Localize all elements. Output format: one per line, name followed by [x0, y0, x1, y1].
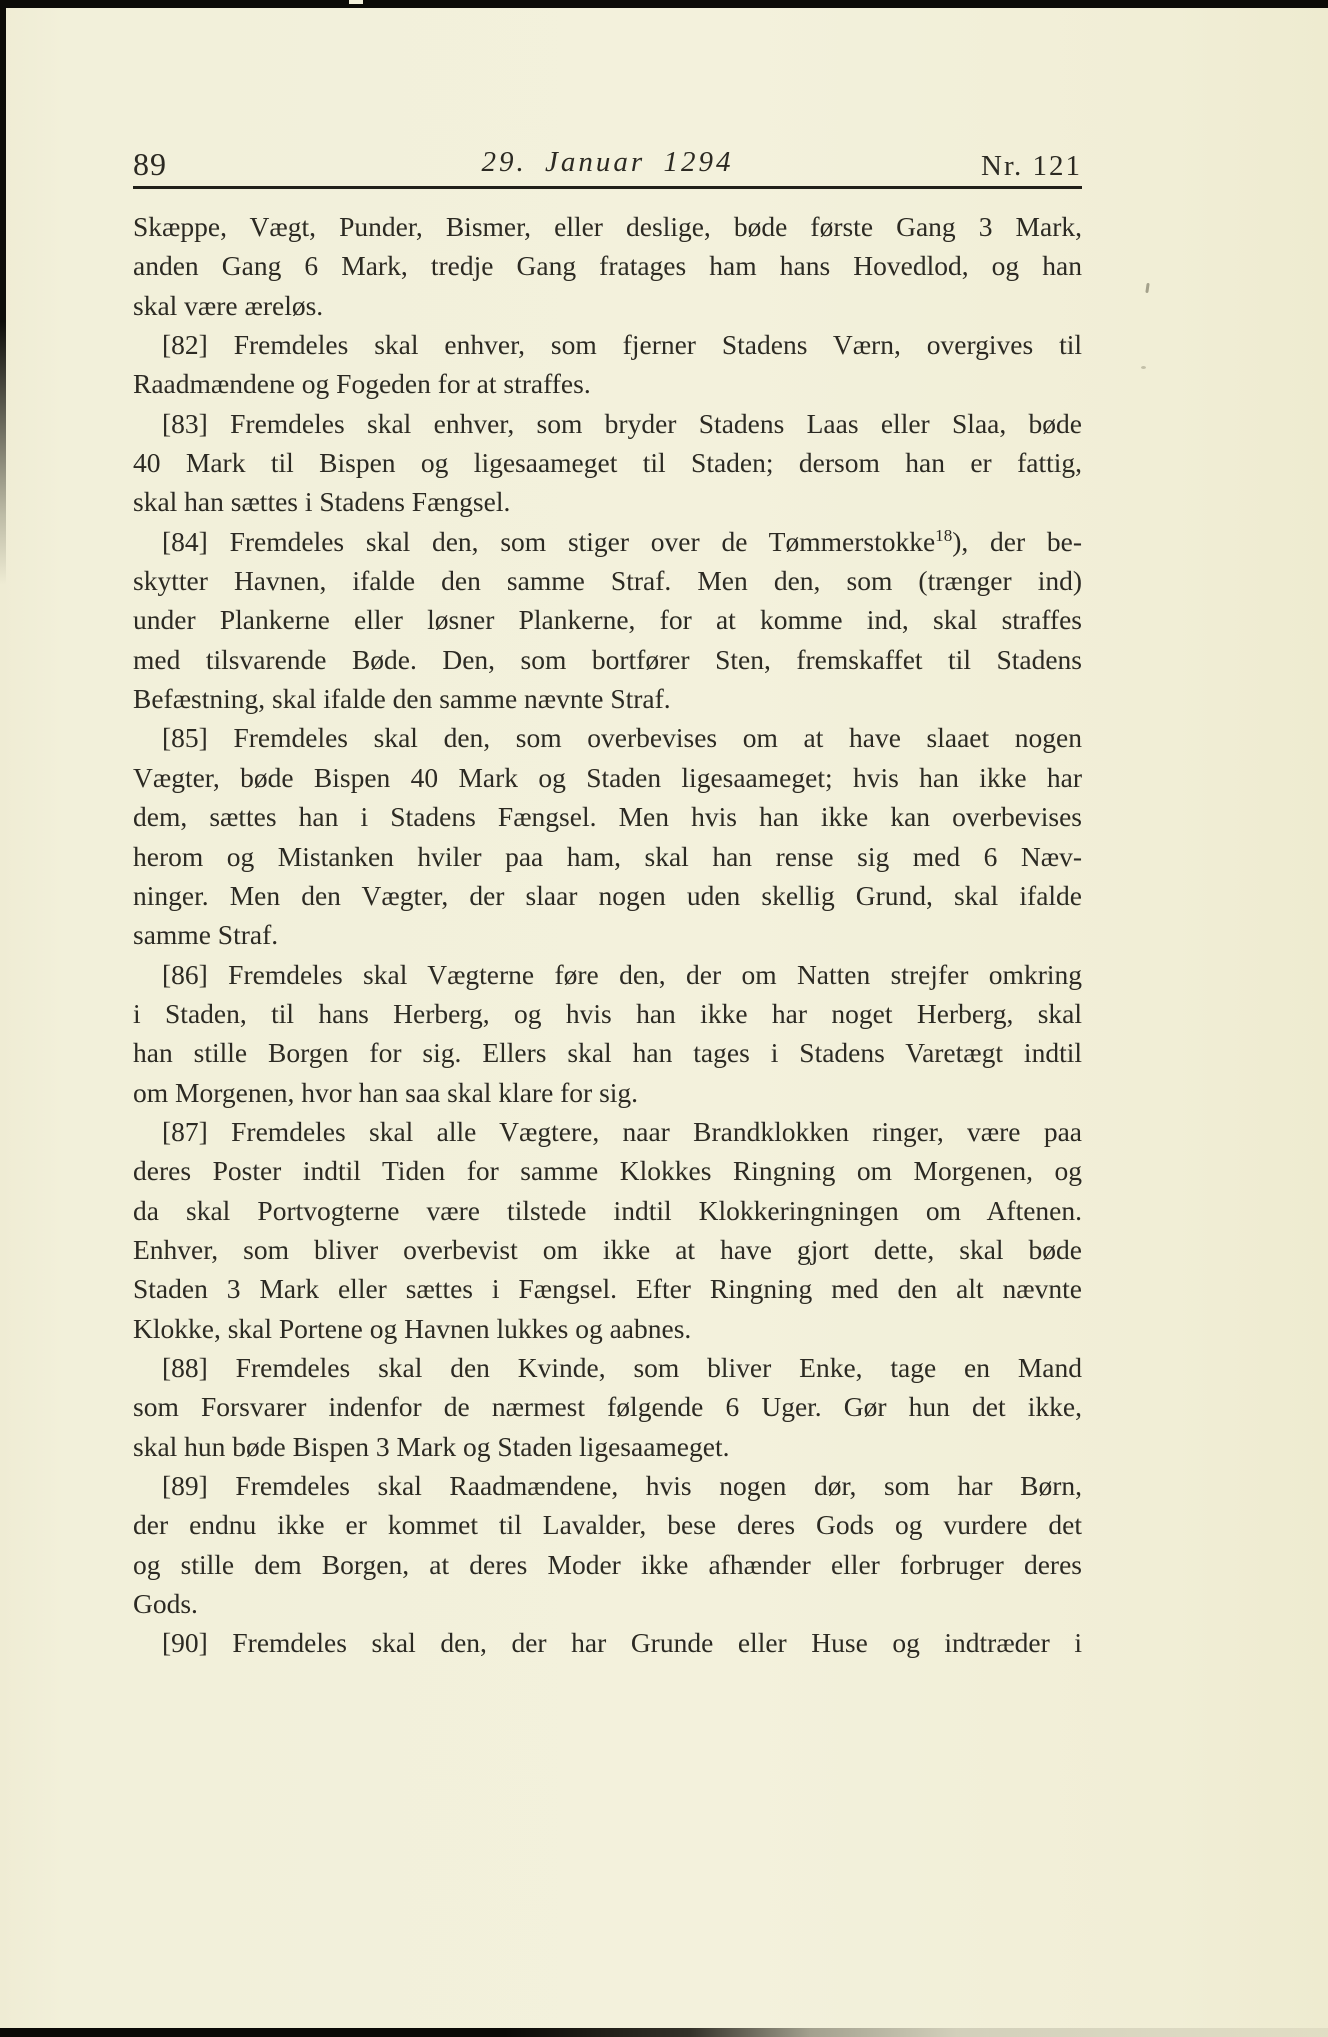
text-line: skal være æreløs.: [133, 286, 1082, 325]
text-line: anden Gang 6 Mark, tredje Gang fratages …: [133, 246, 1082, 285]
text-line: [88] Fremdeles skal den Kvinde, som bliv…: [133, 1348, 1082, 1387]
text-line: [87] Fremdeles skal alle Vægtere, naar B…: [133, 1112, 1082, 1151]
text-line: [89] Fremdeles skal Raadmændene, hvis no…: [133, 1466, 1082, 1505]
page-header: 89 29. Januar 1294 Nr. 121: [133, 146, 1082, 186]
text-line: Vægter, bøde Bispen 40 Mark og Staden li…: [133, 758, 1082, 797]
text-line: Enhver, som bliver overbevist om ikke at…: [133, 1230, 1082, 1269]
text-line: ninger. Men den Vægter, der slaar nogen …: [133, 876, 1082, 915]
text-line: [85] Fremdeles skal den, som overbevises…: [133, 718, 1082, 757]
footnote-reference: 18: [935, 526, 952, 545]
text-line: Befæstning, skal ifalde den samme nævnte…: [133, 679, 1082, 718]
text-line: herom og Mistanken hviler paa ham, skal …: [133, 837, 1082, 876]
text-line: som Forsvarer indenfor de nærmest følgen…: [133, 1387, 1082, 1426]
text-line: Raadmændene og Fogeden for at straffes.: [133, 364, 1082, 403]
scan-top-edge: [0, 0, 1328, 8]
text-line: 40 Mark til Bispen og ligesaameget til S…: [133, 443, 1082, 482]
text-line: med tilsvarende Bøde. Den, som bortfører…: [133, 640, 1082, 679]
scanned-book-page: 89 29. Januar 1294 Nr. 121 Skæppe, Vægt,…: [0, 0, 1328, 2037]
text-line: skal han sættes i Stadens Fængsel.: [133, 482, 1082, 521]
header-rule: [133, 186, 1082, 189]
text-line: da skal Portvogterne være tilstede indti…: [133, 1191, 1082, 1230]
text-line: dem, sættes han i Stadens Fængsel. Men h…: [133, 797, 1082, 836]
text-line: skytter Havnen, ifalde den samme Straf. …: [133, 561, 1082, 600]
text-line: [82] Fremdeles skal enhver, som fjerner …: [133, 325, 1082, 364]
text-line: [84] Fremdeles skal den, som stiger over…: [133, 522, 1082, 561]
text-line: samme Straf.: [133, 915, 1082, 954]
text-line: skal hun bøde Bispen 3 Mark og Staden li…: [133, 1427, 1082, 1466]
text-line: Klokke, skal Portene og Havnen lukkes og…: [133, 1309, 1082, 1348]
text-line: [83] Fremdeles skal enhver, som bryder S…: [133, 404, 1082, 443]
scan-top-edge-notch: [349, 0, 363, 4]
text-line: i Staden, til hans Herberg, og hvis han …: [133, 994, 1082, 1033]
text-line: han stille Borgen for sig. Ellers skal h…: [133, 1033, 1082, 1072]
text-line: der endnu ikke er kommet til Lavalder, b…: [133, 1505, 1082, 1544]
scan-bottom-edge: [0, 2028, 1328, 2037]
text-line: deres Poster indtil Tiden for samme Klok…: [133, 1151, 1082, 1190]
text-line: under Plankerne eller løsner Plankerne, …: [133, 600, 1082, 639]
scan-speck: [1141, 366, 1146, 369]
body-text: Skæppe, Vægt, Punder, Bismer, eller desl…: [133, 207, 1082, 1663]
text-line: Gods.: [133, 1584, 1082, 1623]
header-date: 29. Januar 1294: [133, 146, 1082, 179]
text-line: om Morgenen, hvor han saa skal klare for…: [133, 1073, 1082, 1112]
text-line: og stille dem Borgen, at deres Moder ikk…: [133, 1545, 1082, 1584]
text-line: [86] Fremdeles skal Vægterne føre den, d…: [133, 955, 1082, 994]
scan-speck: [1145, 283, 1149, 293]
text-line: [90] Fremdeles skal den, der har Grunde …: [133, 1623, 1082, 1662]
text-line: Staden 3 Mark eller sættes i Fængsel. Ef…: [133, 1269, 1082, 1308]
text-line: Skæppe, Vægt, Punder, Bismer, eller desl…: [133, 207, 1082, 246]
scan-left-edge: [0, 0, 6, 585]
